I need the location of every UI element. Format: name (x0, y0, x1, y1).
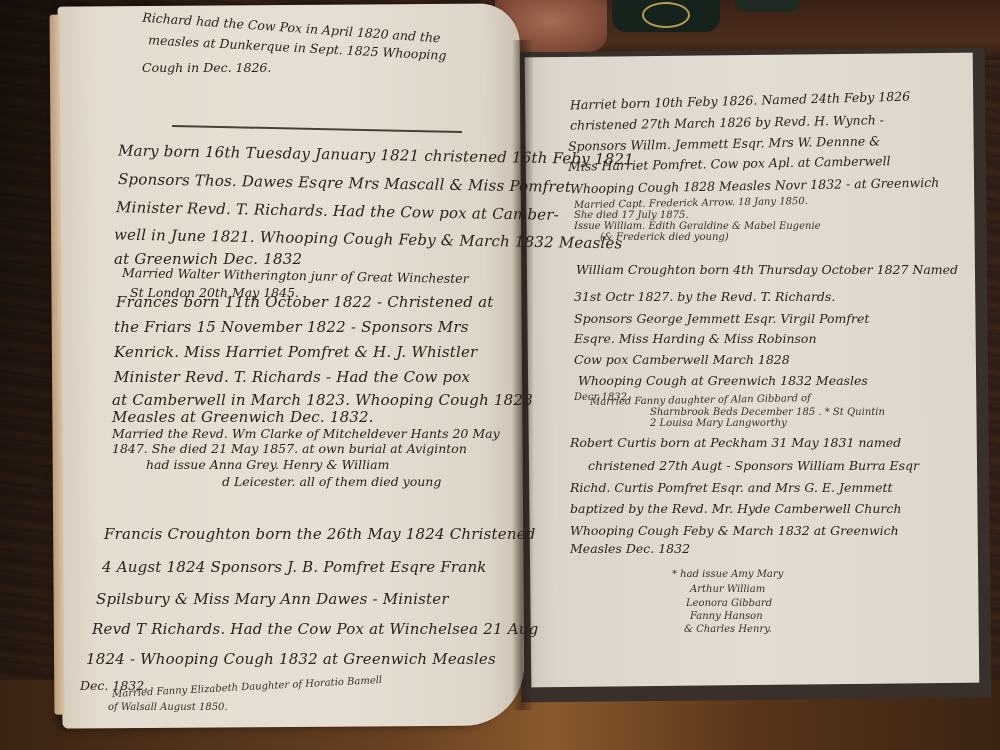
text-line: Robert Curtis born at Peckham 31 May 183… (570, 437, 901, 450)
text-line: Cough in Dec. 1826. (142, 62, 271, 75)
text-line: (& Frederick died young) (600, 233, 729, 243)
text-line: Cow pox Camberwell March 1828 (574, 354, 790, 367)
text-line: 1824 - Whooping Cough 1832 at Greenwich … (86, 652, 496, 667)
text-line: Whooping Cough Feby & March 1832 at Gree… (570, 525, 899, 538)
text-line: Sharnbrook Beds December 185 . * St Quin… (650, 408, 885, 418)
text-line: the Friars 15 November 1822 - Sponsors M… (114, 320, 469, 335)
text-line: Issue William. Edith Geraldine & Mabel E… (574, 222, 821, 232)
text-line: Whooping Cough at Greenwich 1832 Measles (578, 375, 868, 388)
text-line: Leonora Gibbard (686, 599, 772, 609)
text-line: & Charles Henry. (684, 625, 772, 635)
text-line: Frances born 11th October 1822 - Christe… (116, 295, 493, 310)
text-line: Fanny Hanson (690, 612, 763, 622)
gilt-ornament-icon (642, 2, 690, 28)
text-line: baptized by the Revd. Mr. Hyde Camberwel… (570, 503, 901, 516)
text-line: Kenrick. Miss Harriet Pomfret & H. J. Wh… (114, 345, 477, 360)
text-line: Married the Revd. Wm Clarke of Mitchelde… (112, 428, 500, 441)
text-line: Sponsors George Jemmett Esqr. Virgil Pom… (574, 313, 869, 326)
text-line: had issue Anna Grey. Henry & William (146, 459, 389, 472)
text-line: christened 27th Augt - Sponsors William … (588, 460, 919, 473)
shelf-ornamented-book (612, 0, 720, 32)
text-line: William Croughton born 4th Thursday Octo… (576, 264, 958, 277)
text-line: Measles at Greenwich Dec. 1832. (112, 410, 374, 425)
text-line: Arthur William (690, 585, 765, 595)
text-line: 31st Octr 1827. by the Revd. T. Richards… (574, 291, 835, 304)
text-line: d Leicester. all of them died young (222, 476, 441, 489)
text-line: at Camberwell in March 1823. Whooping Co… (112, 393, 533, 408)
text-line: of Walsall August 1850. (108, 703, 228, 713)
text-line: She died 17 July 1875. (574, 211, 689, 221)
text-line: Minister Revd. T. Richards - Had the Cow… (114, 370, 470, 385)
text-line: 1847. She died 21 May 1857. at own buria… (112, 443, 467, 456)
text-line: 4 Augst 1824 Sponsors J. B. Pomfret Esqr… (102, 560, 487, 575)
text-line: * had issue Amy Mary (672, 570, 783, 580)
text-line: Francis Croughton born the 26th May 1824… (104, 527, 536, 542)
text-line: Richd. Curtis Pomfret Esqr. and Mrs G. E… (570, 482, 893, 495)
book-gutter (512, 40, 534, 710)
text-line: Revd T Richards. Had the Cow Pox at Winc… (92, 622, 538, 637)
text-line: Esqre. Miss Harding & Miss Robinson (574, 333, 817, 346)
text-line: Spilsbury & Miss Mary Ann Dawes - Minist… (96, 592, 449, 607)
text-line: Measles Dec. 1832 (570, 543, 690, 556)
text-line: 2 Louisa Mary Langworthy (650, 419, 787, 429)
shelf-green-book (735, 0, 800, 12)
